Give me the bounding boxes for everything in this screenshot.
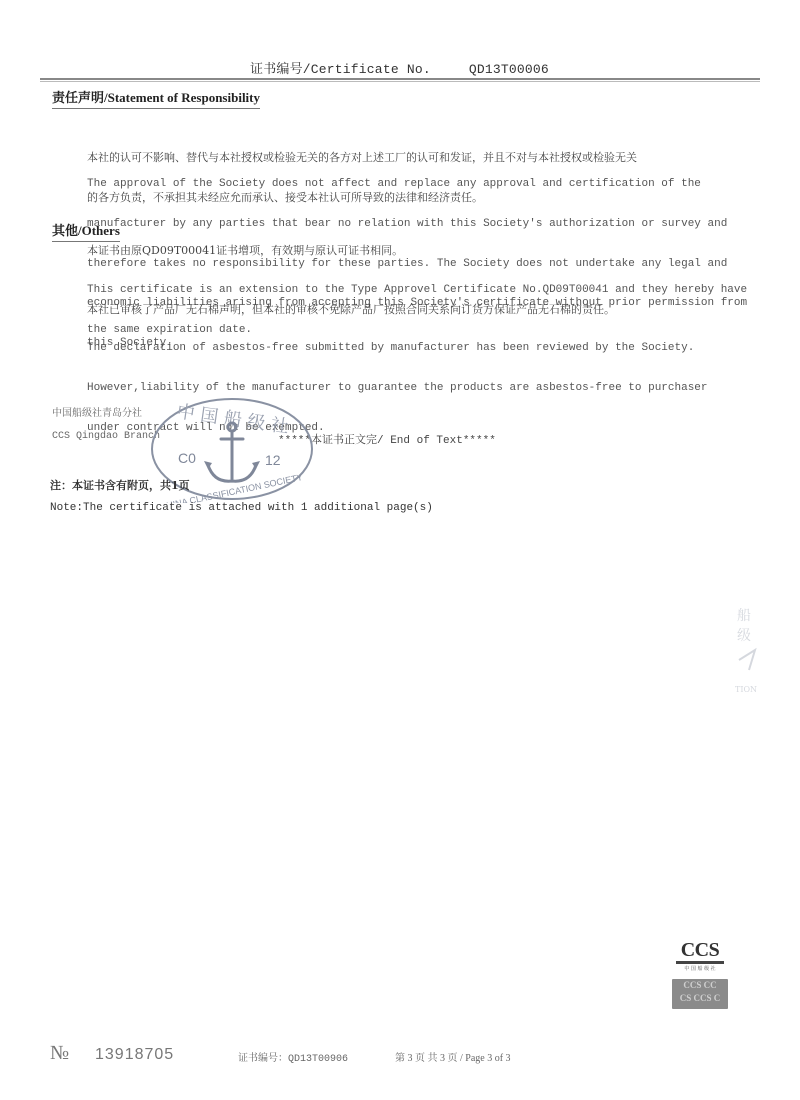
certificate-header: 证书编号/Certificate No.QD13T00006 <box>250 58 549 77</box>
attachment-note-cn: 注：本证书含有附页，共1页 <box>50 477 190 493</box>
ccs-logo-subtitle: 中 国 船 级 社 <box>672 965 728 972</box>
responsibility-en-line: The approval of the Society does not aff… <box>87 178 747 191</box>
svg-text:12: 12 <box>265 452 281 468</box>
svg-text:级: 级 <box>737 628 751 644</box>
ccs-logo: CCS 中 国 船 级 社 CCS CC CS CCS C <box>672 940 728 1009</box>
ccs-hologram-line: CS CCS C <box>672 992 728 1005</box>
svg-text:船: 船 <box>737 608 751 624</box>
header-rule-secondary <box>40 81 760 82</box>
branch-name-cn: 中国船级社青岛分社 <box>52 404 142 419</box>
branch-name-en: CCS Qingdao Branch <box>52 431 160 442</box>
footer-certificate-number: 证书编号：QD13T00906 <box>238 1049 348 1065</box>
asbestos-en-line: The declaration of asbestos-free submitt… <box>87 342 708 355</box>
responsibility-en-line: manufacturer by any parties that bear no… <box>87 218 747 231</box>
partial-seal-icon: 船 级 TION <box>735 590 765 700</box>
asbestos-cn: 本社已审核了产品厂无石棉声明，但本社的审核不免除产品厂按照合同关系向订货方保证产… <box>87 303 615 316</box>
section-title-others: 其他/Others <box>52 220 120 242</box>
certificate-number: QD13T00006 <box>469 62 549 77</box>
ccs-logo-bar <box>676 961 724 964</box>
extension-cn: 本证书由原QD09T00041证书增项，有效期与原认可证书相同。 <box>87 244 403 257</box>
ccs-logo-word: CCS <box>672 940 728 960</box>
ccs-hologram-block: CCS CC CS CCS C <box>672 979 728 1009</box>
page-indicator: 第 3 页 共 3 页 / Page 3 of 3 <box>395 1049 511 1064</box>
ccs-hologram-line: CCS CC <box>672 979 728 992</box>
svg-text:TION: TION <box>735 685 757 694</box>
extension-en-line: This certificate is an extension to the … <box>87 284 747 297</box>
asbestos-en-line: However,liability of the manufacturer to… <box>87 382 708 395</box>
serial-number: 13918705 <box>95 1046 174 1064</box>
partial-seal-mark: 船 级 TION <box>735 590 765 700</box>
serial-number-symbol: № <box>50 1042 69 1065</box>
header-rule <box>40 78 760 80</box>
certificate-label: 证书编号/Certificate No. <box>250 62 431 77</box>
attachment-note-en: Note:The certificate is attached with 1 … <box>50 502 433 514</box>
section-title-responsibility: 责任声明/Statement of Responsibility <box>52 87 260 109</box>
svg-text:C0: C0 <box>178 450 196 466</box>
